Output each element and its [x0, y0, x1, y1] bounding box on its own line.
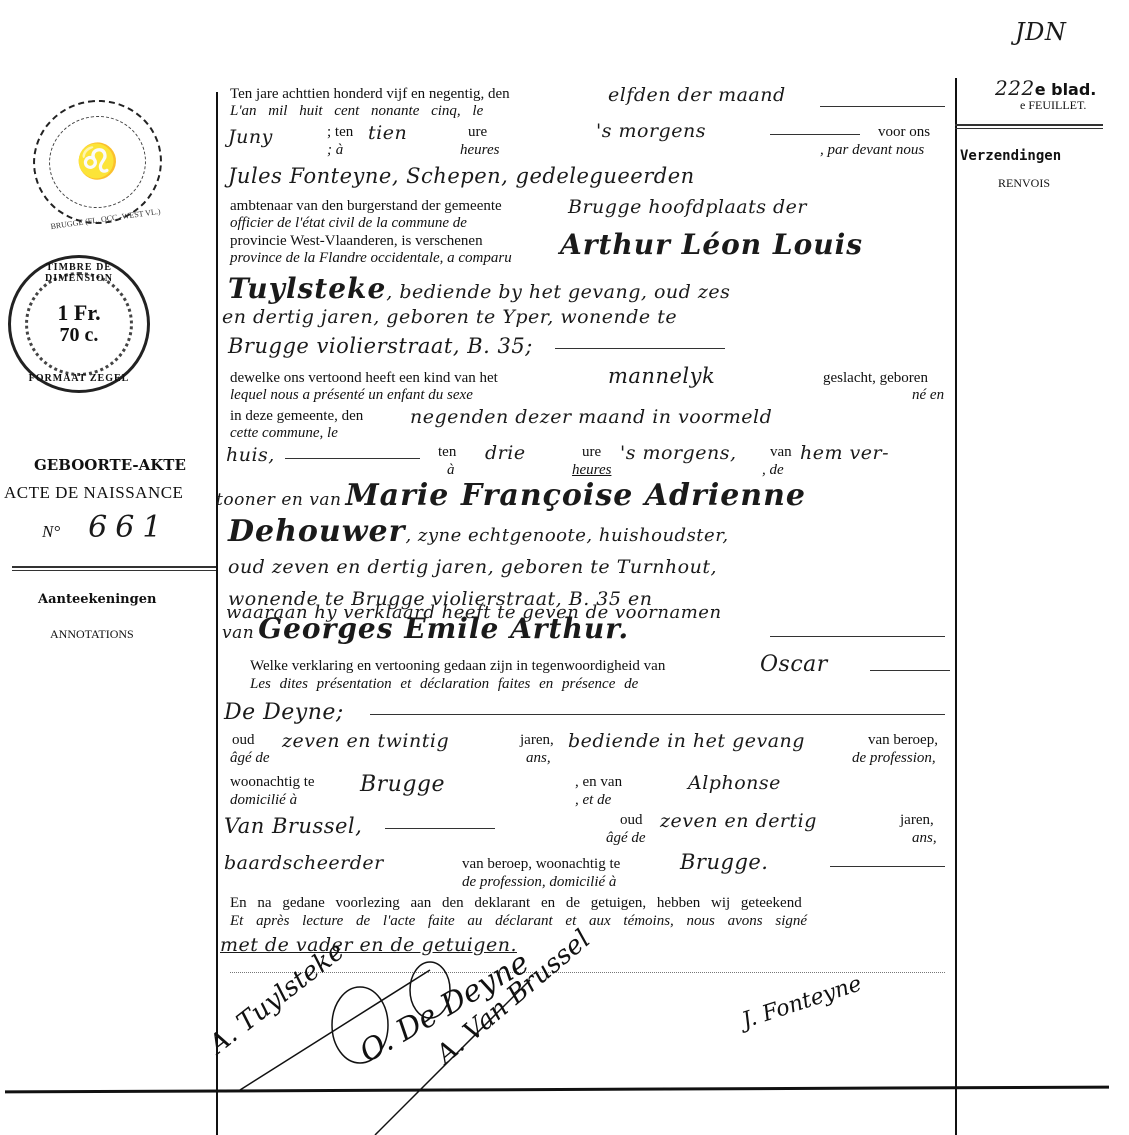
fill-line [555, 348, 725, 349]
witness-intro-fr: Les dites présentation et déclaration fa… [250, 676, 638, 693]
hw-witness1-age: zeven en twintig [282, 730, 449, 752]
sheet-number-label: 222e blad. [995, 76, 1096, 100]
fiscal-stamp-bottom: FORMAAT ZEGEL [29, 373, 130, 384]
closing-nl: En na gedane voorlezing aan den deklaran… [230, 895, 802, 912]
right-margin-title: Verzendingen [960, 148, 1061, 164]
fiscal-stamp: TIMBRE DE DIMENSION 1 Fr. 70 c. FORMAAT … [8, 255, 150, 393]
age2-fr: âgé de [606, 830, 646, 847]
hw-child-names: Georges Emile Arthur. [258, 612, 629, 645]
hw-witness1-profession: bediende in het gevang [568, 730, 805, 752]
annotations-title-fr: ANNOTATIONS [50, 627, 134, 642]
mother-line-2: Dehouwer, zyne echtgenoote, huishoudster… [228, 514, 729, 549]
birthplace-nl: in deze gemeente, den [230, 408, 363, 425]
right-margin-subtitle: RENVOIS [998, 176, 1050, 191]
left-margin-divider [12, 566, 216, 571]
years1-fr: ans, [526, 750, 551, 767]
sheet-number: 222 [995, 76, 1035, 100]
voor-ons-fr: , par devant nous [820, 142, 924, 159]
witness-intro-nl: Welke verklaring en vertooning gedaan zi… [250, 658, 665, 675]
age2-nl: oud [620, 812, 643, 829]
age1-fr: âgé de [230, 750, 270, 767]
hw-witness2-surname: Van Brussel, [224, 814, 362, 838]
hw-commune: Brugge hoofdplaats der [568, 196, 807, 218]
hw-witness2-given: Alphonse [688, 772, 781, 794]
hw-mother-age-birthplace: oud zeven en dertig jaren, geboren te Tu… [228, 556, 717, 578]
hw-day: elfden der maand [608, 84, 786, 106]
officer-fr: officier de l'état civil de la commune d… [230, 215, 467, 232]
annotations-title-nl: Aanteekeningen [38, 592, 156, 607]
right-margin-divider [955, 124, 1103, 129]
years2-fr: ans, [912, 830, 937, 847]
hw-sex: mannelyk [608, 364, 715, 388]
intro-fr: L'an mil huit cent nonante cinq, le [230, 103, 483, 120]
hw-mother-given-names: Marie Françoise Adrienne [345, 478, 806, 513]
signature-officer: J. Fonteyne [739, 971, 865, 1033]
officer-nl: ambtenaar van den burgerstand der gemeen… [230, 198, 502, 215]
age1-nl: oud [232, 732, 255, 749]
hw-mother-surname: Dehouwer [228, 514, 405, 549]
signature-flourish [230, 950, 650, 1135]
appeared-nl: provincie West-Vlaanderen, is verschenen [230, 233, 483, 250]
fill-line [370, 714, 945, 715]
hw-month: Juny [228, 126, 273, 148]
hw-witness2-profession: baardscheerder [224, 852, 384, 874]
fill-line [830, 866, 945, 867]
ure-fr: heures [460, 142, 499, 159]
act-number-row: N° 661 [42, 510, 169, 545]
hw-witness2-city: Brugge. [680, 850, 768, 874]
hw-witness1-surname: De Deyne; [224, 700, 344, 725]
child-intro-fr: lequel nous a présenté un enfant du sexe [230, 387, 473, 404]
fill-line [285, 458, 420, 459]
appeared-fr: province de la Flandre occidentale, a co… [230, 250, 512, 267]
act-title-fr: ACTE DE NAISSANCE [4, 483, 183, 503]
act-number-label: N° [42, 522, 60, 541]
ten2-fr: à [447, 462, 455, 479]
fill-line [770, 134, 860, 135]
hw-witness2-age: zeven en dertig [660, 810, 817, 832]
act-number: 661 [88, 510, 169, 545]
fill-line [385, 828, 495, 829]
hw-officer: Jules Fonteyne, Schepen, gedelegueerden [228, 164, 695, 188]
sheet-label-fr: e FEUILLET. [1020, 98, 1086, 113]
residence1-nl: woonachtig te [230, 774, 315, 791]
profession2-nl: van beroep, woonachtig te [462, 856, 620, 873]
and-of-fr: , et de [575, 792, 611, 809]
sheet-label-nl: e blad. [1035, 80, 1097, 99]
ure-nl: ure [468, 124, 487, 141]
father-line: Tuylsteke, bediende by het gevang, oud z… [228, 272, 730, 305]
profession1-nl: van beroep, [868, 732, 938, 749]
hw-father-given-names: Arthur Léon Louis [560, 228, 863, 261]
fill-line [820, 106, 945, 107]
sex-suffix-fr: né en [912, 387, 944, 404]
ten-fr: ; à [327, 142, 343, 159]
closing-fr: Et après lecture de l'acte faite au décl… [230, 913, 807, 930]
municipal-seal-text: BRUGGE (FL. OCC.-WEST VL.) [43, 206, 168, 232]
hw-mother-prefix: tooner en van [216, 490, 341, 510]
van-nl: van [770, 444, 792, 461]
and-of-nl: , en van [575, 774, 622, 791]
hw-birth-hour: drie [485, 442, 526, 464]
act-title-nl: GEBOORTE-AKTE [34, 456, 186, 474]
hw-witness1-city: Brugge [360, 772, 445, 797]
ure2-nl: ure [582, 444, 601, 461]
right-column-border [955, 78, 957, 1135]
fiscal-stamp-top: TIMBRE DE DIMENSION [11, 262, 147, 284]
van-fr: , de [762, 462, 784, 479]
municipal-seal: ♌ BRUGGE (FL. OCC.-WEST VL.) [25, 92, 170, 233]
hw-hour: tien [368, 122, 407, 144]
profession1-fr: de profession, [852, 750, 936, 767]
ten2-nl: ten [438, 444, 456, 461]
hw-place: huis, [226, 444, 275, 466]
ten-nl: ; ten [327, 124, 353, 141]
hw-father-surname: Tuylsteke [228, 272, 386, 305]
hw-time-of-day: 's morgens [596, 120, 706, 142]
corner-initials: JDN [1015, 18, 1066, 46]
residence1-fr: domicilié à [230, 792, 297, 809]
hw-from-him: hem ver- [800, 442, 889, 464]
fill-line [770, 636, 945, 637]
voor-ons-nl: voor ons [878, 124, 930, 141]
child-intro-nl: dewelke ons vertoond heeft een kind van … [230, 370, 498, 387]
fill-line [870, 670, 950, 671]
birthplace-fr: cette commune, le [230, 425, 338, 442]
hw-names-prefix: van [222, 623, 254, 643]
hw-witness1-given: Oscar [760, 652, 828, 677]
intro-nl: Ten jare achttien honderd vijf en negent… [230, 86, 510, 103]
profession2-fr: de profession, domicilié à [462, 874, 616, 891]
sex-suffix-nl: geslacht, geboren [823, 370, 928, 387]
child-names-line: van Georges Emile Arthur. [222, 612, 629, 645]
hw-birth-time: 's morgens, [620, 442, 737, 464]
hw-father-age-birthplace: en dertig jaren, geboren te Yper, wonend… [222, 306, 677, 328]
hw-mother-occupation: , zyne echtgenoote, huishoudster, [405, 525, 728, 546]
ure2-fr: heures [572, 462, 611, 479]
hw-father-residence: Brugge violierstraat, B. 35; [228, 334, 533, 358]
years2-nl: jaren, [900, 812, 934, 829]
years1-nl: jaren, [520, 732, 554, 749]
left-column-border [216, 92, 218, 1135]
hw-father-occupation: , bediende by het gevang, oud zes [386, 281, 730, 303]
mother-line: tooner en van Marie Françoise Adrienne [216, 478, 806, 513]
hw-birth-date: negenden dezer maand in voormeld [410, 406, 772, 428]
